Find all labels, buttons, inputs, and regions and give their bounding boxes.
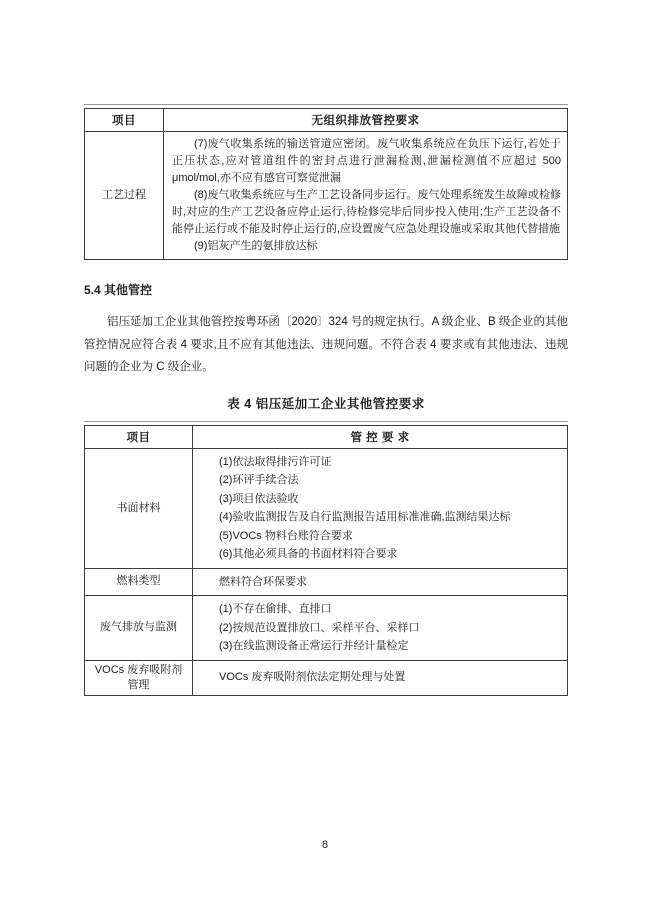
content-item: (1)不存在偷排、直排口	[219, 600, 561, 619]
content-item: (2)环评手续合法	[219, 471, 561, 490]
content-item: (3)在线监测设备正常运行并经计量检定	[219, 637, 561, 656]
table4-caption: 表 4 铝压延加工企业其他管控要求	[84, 394, 568, 412]
row-label: 书面材料	[85, 448, 193, 568]
content-item: (8)废气收集系统应与生产工艺设备同步运行。废气处理系统发生故障或检修时,对应的…	[172, 187, 561, 238]
page-content: 项目 无组织排放管控要求 工艺过程(7)废气收集系统的输送管道应密闭。废气收集系…	[84, 104, 568, 696]
table-header-row: 项目 管 控 要 求	[85, 425, 568, 448]
content-item: (5)VOCs 物料台账符合要求	[219, 527, 561, 546]
content-item: (7)废气收集系统的输送管道应密闭。废气收集系统应在负压下运行,若处于正压状态,…	[172, 136, 561, 187]
table4-top-rule	[84, 421, 568, 422]
table4-header: 项目 管 控 要 求	[85, 425, 568, 448]
content-item: (2)按规范设置排放口、采样平台、采样口	[219, 619, 561, 638]
table1-header-item: 项目	[85, 109, 164, 132]
section-paragraph: 铝压延加工企业其他管控按粤环函〔2020〕324 号的规定执行。A 级企业、B …	[84, 311, 568, 379]
table-unorganized-emission-control: 项目 无组织排放管控要求 工艺过程(7)废气收集系统的输送管道应密闭。废气收集系…	[84, 108, 568, 260]
table1-body: 工艺过程(7)废气收集系统的输送管道应密闭。废气收集系统应在负压下运行,若处于正…	[85, 132, 568, 260]
content-item: (9)铝灰产生的氨排放达标	[172, 238, 561, 255]
table-row: 工艺过程(7)废气收集系统的输送管道应密闭。废气收集系统应在负压下运行,若处于正…	[85, 132, 568, 260]
table-row: 燃料类型燃料符合环保要求	[85, 568, 568, 596]
content-item: (6)其他必须具备的书面材料符合要求	[219, 545, 561, 564]
row-content: (1)不存在偷排、直排口(2)按规范设置排放口、采样平台、采样口(3)在线监测设…	[193, 596, 568, 661]
table-row: 废气排放与监测(1)不存在偷排、直排口(2)按规范设置排放口、采样平台、采样口(…	[85, 596, 568, 661]
row-content: (7)废气收集系统的输送管道应密闭。废气收集系统应在负压下运行,若处于正压状态,…	[164, 132, 568, 260]
content-item: (3)项目依法验收	[219, 490, 561, 509]
content-item: (1)依法取得排污许可证	[219, 453, 561, 472]
table-header-row: 项目 无组织排放管控要求	[85, 109, 568, 132]
row-label: 工艺过程	[85, 132, 164, 260]
row-content: 燃料符合环保要求	[193, 568, 568, 596]
row-content: (1)依法取得排污许可证(2)环评手续合法(3)项目依法验收(4)验收监测报告及…	[193, 448, 568, 568]
table1-header-requirement: 无组织排放管控要求	[164, 109, 568, 132]
page-number: 8	[0, 839, 650, 851]
content-item: VOCs 废弃吸附剂依法定期处理与处置	[219, 668, 561, 687]
table4-header-item: 项目	[85, 425, 193, 448]
row-label: 燃料类型	[85, 568, 193, 596]
section-heading: 5.4 其他管控	[84, 281, 568, 298]
row-label: VOCs 废弃吸附剂管理	[85, 660, 193, 695]
row-label: 废气排放与监测	[85, 596, 193, 661]
table-row: 书面材料(1)依法取得排污许可证(2)环评手续合法(3)项目依法验收(4)验收监…	[85, 448, 568, 568]
document-page: 项目 无组织排放管控要求 工艺过程(7)废气收集系统的输送管道应密闭。废气收集系…	[0, 0, 650, 919]
table-row: VOCs 废弃吸附剂管理VOCs 废弃吸附剂依法定期处理与处置	[85, 660, 568, 695]
table1-top-rule	[84, 104, 568, 105]
content-item: (4)验收监测报告及自行监测报告适用标准准确,监测结果达标	[219, 508, 561, 527]
row-content: VOCs 废弃吸附剂依法定期处理与处置	[193, 660, 568, 695]
table-other-control-requirements: 项目 管 控 要 求 书面材料(1)依法取得排污许可证(2)环评手续合法(3)项…	[84, 425, 568, 696]
content-item: 燃料符合环保要求	[219, 573, 561, 592]
table4-body: 书面材料(1)依法取得排污许可证(2)环评手续合法(3)项目依法验收(4)验收监…	[85, 448, 568, 695]
table4-header-requirement: 管 控 要 求	[193, 425, 568, 448]
table1-header: 项目 无组织排放管控要求	[85, 109, 568, 132]
